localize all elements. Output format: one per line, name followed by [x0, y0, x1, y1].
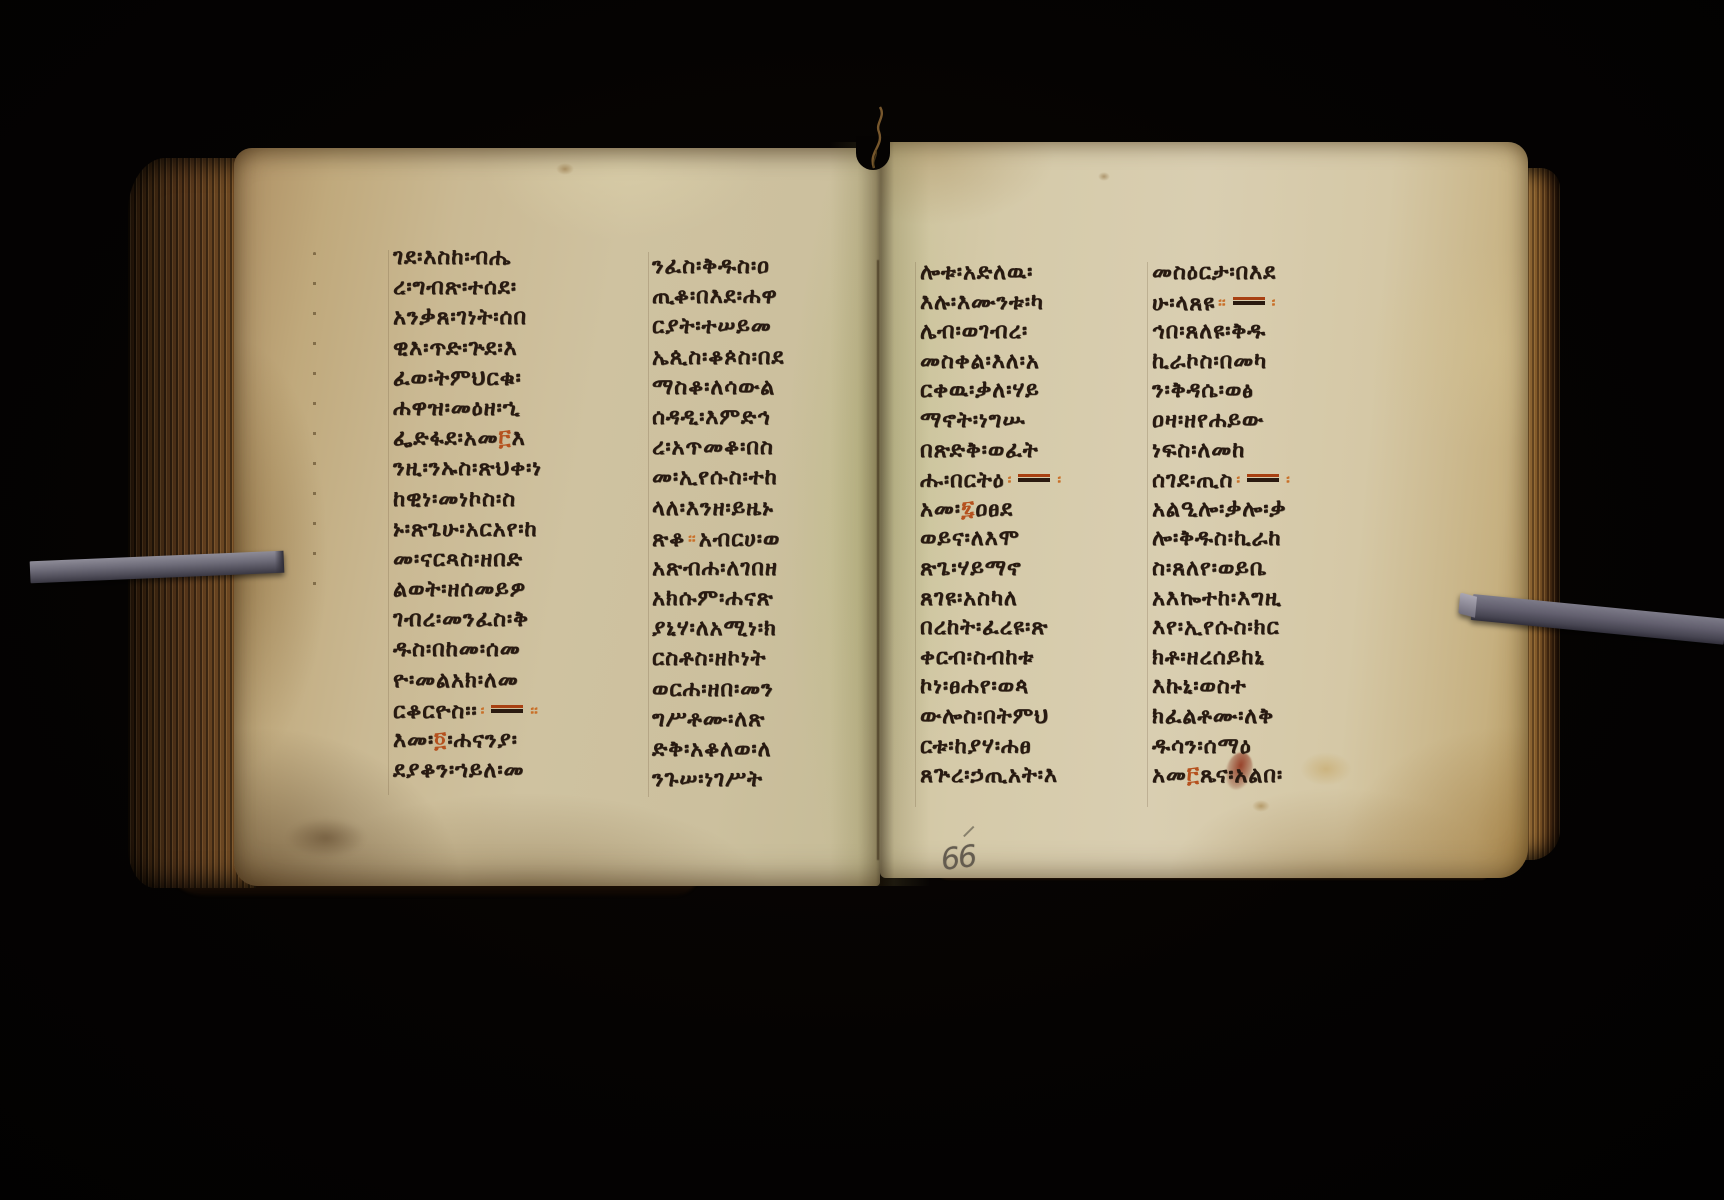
manuscript-text-line: በረከት፡ፈረዩ፡ጽ	[920, 613, 1064, 643]
manuscript-text-line: ኪራኮስ፡በመካ	[1152, 347, 1293, 377]
ink-text: ክቶ፡ዘረሰይከኒ	[1152, 645, 1265, 670]
manuscript-text-line: ሎ፡ቅዱስ፡ኪራከ	[1152, 524, 1293, 554]
red-dot-punctuation: ፡	[1236, 470, 1240, 489]
ink-text: አክሱም፡ሐናጽ	[652, 586, 774, 611]
manuscript-text-line: ላለ፡እንዘ፡ይዜኑ	[652, 494, 784, 524]
text-column-2: ንፈስ፡ቅዱስ፡ዐጢቆ፡በእደ፡ሐዋርያት፡ተሠይመኤጲስ፡ቆጶስ፡በደማስቆ፡…	[652, 252, 784, 795]
ink-text: አመ፡	[920, 497, 961, 522]
manuscript-text-line: መስቀል፡እለ፡አ	[920, 347, 1064, 377]
ink-text: ሎ፡ቅዱስ፡ኪራከ	[1152, 526, 1281, 551]
manuscript-text-line: ልወት፡ዘሰመይዎ	[393, 575, 542, 605]
section-divider-mark	[1018, 473, 1050, 484]
manuscript-text-line: ክፈልቶሙ፡ለቅ	[1152, 702, 1293, 732]
manuscript-text-line: ማስቆ፡ለሳውል	[652, 373, 784, 403]
ink-text: ጽቆ	[652, 527, 685, 552]
ink-text: ፌድፋደ፡አመ	[393, 426, 498, 451]
red-dot-punctuation: ፡፡	[688, 529, 696, 548]
ink-text: ኮነ፡ፀሐየ፡ወጳ	[920, 674, 1029, 699]
manuscript-text-line: ቀርብ፡ስብከቱ	[920, 643, 1064, 673]
ink-text: ኅበ፡ጸለዩ፡ቅዱ	[1152, 319, 1266, 344]
manuscript-text-line: ስ፡ጸለየ፡ወይቤ	[1152, 554, 1293, 584]
manuscript-text-line: ጽጌ፡ሃይማኖ	[920, 554, 1064, 584]
manuscript-text-line: ሰዳዲ፡እምድኅ	[652, 403, 784, 433]
manuscript-text-line: ኑ፡ጽጌሁ፡አርአየ፡ከ	[393, 515, 542, 545]
manuscript-text-line: ርቀዉ፡ቃለ፡ሃይ	[920, 376, 1064, 406]
ink-text: ያኒሃ፡ለአሚነ፡ክ	[652, 616, 777, 641]
ink-text: ጼና፡አልበ፡	[1200, 763, 1283, 788]
ink-text: እሉ፡እሙንቱ፡ካ	[920, 290, 1044, 315]
manuscript-text-line: እሉ፡እሙንቱ፡ካ	[920, 288, 1064, 318]
ink-text: ላለ፡እንዘ፡ይዜኑ	[652, 496, 774, 521]
ink-text: ቀርብ፡ስብከቱ	[920, 645, 1034, 670]
manuscript-text-line: መስዕርታ፡በእደ	[1152, 258, 1293, 288]
ink-text: መ፡ናርጻስ፡ዘበድ	[393, 547, 523, 572]
ink-text: ዐዛ፡ዘየሐይው	[1152, 408, 1264, 433]
manuscript-text-line: ርያት፡ተሠይመ	[652, 312, 784, 342]
ink-text: ንፈስ፡ቅዱስ፡ዐ	[652, 254, 770, 279]
ink-text: ግሥቶሙ፡ለጽ	[652, 707, 765, 732]
manuscript-text-line: ሁ፡ላጸዩ፡፡፡	[1152, 288, 1293, 318]
pricking-holes	[313, 252, 316, 608]
ink-text: ፡ሐናንያ፡	[447, 728, 518, 753]
manuscript-text-line: ከዊነ፡መነኮስ፡ስ	[393, 485, 542, 515]
manuscript-text-line: እኩኒ፡ወስተ	[1152, 672, 1293, 702]
manuscript-text-line: ጸጕረ፡ኃጢአት፡እ	[920, 761, 1064, 791]
ink-text: ሎቱ፡አድለዉ፡	[920, 260, 1033, 285]
ink-text: ርቆርዮስ፡፡	[393, 699, 478, 724]
ink-text: ልወት፡ዘሰመይዎ	[393, 577, 526, 602]
manuscript-text-line: መ፡ናርጻስ፡ዘበድ	[393, 545, 542, 575]
ink-text: ሰዳዲ፡እምድኅ	[652, 405, 771, 430]
rubric-numeral: ፬	[434, 728, 447, 753]
manuscript-text-line: ማኖት፡ነግሡ	[920, 406, 1064, 436]
parchment-stain	[1098, 172, 1110, 181]
ink-text: ማስቆ፡ለሳውል	[652, 375, 775, 400]
manuscript-text-line: ጢቆ፡በእደ፡ሐዋ	[652, 282, 784, 312]
section-divider-mark	[491, 704, 523, 715]
ink-text: እኩኒ፡ወስተ	[1152, 674, 1247, 699]
ink-text: ረ፡ግብጽ፡ተሰደ፡	[393, 275, 517, 300]
ink-text: ንዚ፡ንኡስ፡ጽህቀ፡ነ	[393, 456, 542, 481]
manuscript-text-line: ገብረ፡መንፈስ፡ቅ	[393, 605, 542, 635]
ink-text: ሁ፡ላጸዩ	[1152, 291, 1215, 316]
ink-text: አእኰተከ፡እግዚ	[1152, 586, 1282, 611]
ink-text: ጸጕረ፡ኃጢአት፡እ	[920, 763, 1058, 788]
ink-text: ዐፀደ	[975, 497, 1013, 522]
ink-text: እ	[512, 426, 526, 451]
ink-text: ኤጲስ፡ቆጶስ፡በደ	[652, 345, 784, 370]
ruling-line	[915, 262, 916, 807]
manuscript-text-line: አእኰተከ፡እግዚ	[1152, 584, 1293, 614]
ink-text: ዱስ፡በከመ፡ሰመ	[393, 637, 521, 662]
section-divider-mark	[1233, 296, 1265, 307]
manuscript-text-line: ሌብ፡ወገብረ፡	[920, 317, 1064, 347]
manuscript-text-line: አመ፫ጼና፡አልበ፡	[1152, 761, 1293, 791]
ink-text: ንጉሠ፡ነገሥት	[652, 767, 763, 792]
text-column-4: መስዕርታ፡በእደሁ፡ላጸዩ፡፡፡ኅበ፡ጸለዩ፡ቅዱኪራኮስ፡በመካን፡ቅዳሴ፡…	[1152, 258, 1293, 791]
manuscript-text-line: ፈወ፡ትምህርቁ፡	[393, 364, 542, 394]
parchment-stain	[1252, 800, 1270, 812]
ink-text: ጽጌ፡ሃይማኖ	[920, 556, 1022, 581]
manuscript-text-line: ፌድፋደ፡አመ፫እ	[393, 424, 542, 454]
ink-text: ጸገዩ፡አስካለ	[920, 586, 1018, 611]
ink-text: ደያቆን፡ኀይለ፡መ	[393, 758, 524, 783]
red-dot-punctuation: ፡	[1057, 470, 1061, 489]
ink-text: ድቅ፡አቆለወ፡ለ	[652, 737, 771, 762]
ink-text: ክፈልቶሙ፡ለቅ	[1152, 704, 1274, 729]
ink-text: አጽብሐ፡ለገበዘ	[652, 556, 778, 581]
ink-text: አመ	[1152, 763, 1187, 788]
ink-text: እየ፡ኢየሱስ፡ክር	[1152, 615, 1280, 640]
manuscript-text-line: ርቱ፡ከያሃ፡ሐፀ	[920, 732, 1064, 762]
ink-text: ማኖት፡ነግሡ	[920, 408, 1026, 433]
ink-text: መ፡ኢየሱስ፡ተከ	[652, 465, 778, 490]
manuscript-text-line: ድቅ፡አቆለወ፡ለ	[652, 735, 784, 765]
ink-text: ዊእ፡ጥድ፡ጕደ፡እ	[393, 336, 518, 361]
manuscript-text-line: አመ፡፯ዐፀደ	[920, 495, 1064, 525]
manuscript-text-line: ንዚ፡ንኡስ፡ጽህቀ፡ነ	[393, 454, 542, 484]
ink-text: ስ፡ጸለየ፡ወይቤ	[1152, 556, 1267, 581]
manuscript-text-line: አንቃጸ፡ገነት፡ሰበ	[393, 303, 542, 333]
text-column-3: ሎቱ፡አድለዉ፡እሉ፡እሙንቱ፡ካሌብ፡ወገብረ፡መስቀል፡እለ፡አርቀዉ፡ቃለ…	[920, 258, 1064, 791]
manuscript-text-line: ክቶ፡ዘረሰይከኒ	[1152, 643, 1293, 673]
manuscript-text-line: ኅበ፡ጸለዩ፡ቅዱ	[1152, 317, 1293, 347]
manuscript-text-line: አጽብሐ፡ለገበዘ	[652, 554, 784, 584]
ink-text: ወርሐ፡ዘበ፡መን	[652, 677, 774, 702]
manuscript-text-line: ገደ፡እስከ፡ብሔ	[393, 243, 542, 273]
spine-crease	[877, 260, 879, 860]
manuscript-text-line: ያኒሃ፡ለአሚነ፡ክ	[652, 614, 784, 644]
ink-text: መስዕርታ፡በእደ	[1152, 260, 1276, 285]
manuscript-text-line: ሑ፡በርትዕ፡፡	[920, 465, 1064, 495]
rubric-numeral: ፯	[961, 497, 975, 522]
ink-text: አልዒሎ፡ቃሎ፡ቃ	[1152, 497, 1287, 522]
ink-text: ርቀዉ፡ቃለ፡ሃይ	[920, 378, 1040, 403]
ink-text: እመ፡	[393, 728, 434, 753]
manuscript-text-line: ሎቱ፡አድለዉ፡	[920, 258, 1064, 288]
ink-text: ሑ፡በርትዕ	[920, 468, 1005, 493]
ink-text: ወይና፡ለእሞ	[920, 526, 1020, 551]
red-dot-punctuation: ፡፡	[530, 701, 538, 720]
red-dot-punctuation: ፡	[481, 701, 485, 720]
manuscript-text-line: መ፡ኢየሱስ፡ተከ	[652, 463, 784, 493]
ink-text: ገደ፡እስከ፡ብሔ	[393, 245, 511, 270]
ink-text: ውሎስ፡በትምህ	[920, 704, 1049, 729]
parchment-stain	[286, 818, 366, 858]
manuscript-text-line: ዱሳን፡ሰማዕ	[1152, 732, 1293, 762]
manuscript-text-line: ርቆርዮስ፡፡፡፡፡	[393, 696, 542, 726]
manuscript-text-line: ዱስ፡በከመ፡ሰመ	[393, 635, 542, 665]
manuscript-text-line: ን፡ቅዳሴ፡ወፅ	[1152, 376, 1293, 406]
ruling-line	[648, 252, 649, 797]
ruling-line	[388, 250, 389, 795]
manuscript-text-line: በጽድቅ፡ወፈት	[920, 436, 1064, 466]
manuscript-text-line: እመ፡፬፡ሐናንያ፡	[393, 726, 542, 756]
ink-text: አብርሀ፡ወ	[699, 527, 781, 552]
ink-text: ገብረ፡መንፈስ፡ቅ	[393, 607, 529, 632]
ink-text: አንቃጸ፡ገነት፡ሰበ	[393, 305, 527, 330]
manuscript-text-line: አልዒሎ፡ቃሎ፡ቃ	[1152, 495, 1293, 525]
manuscript-text-line: ርስቶስ፡ዘኮነት	[652, 644, 784, 674]
manuscript-text-line: ረ፡ግብጽ፡ተሰደ፡	[393, 273, 542, 303]
manuscript-text-line: ጽቆ፡፡አብርሀ፡ወ	[652, 524, 784, 554]
ink-text: ኑ፡ጽጌሁ፡አርአየ፡ከ	[393, 517, 538, 542]
ink-text: ን፡ቅዳሴ፡ወፅ	[1152, 378, 1254, 403]
ink-text: ዮ፡መልአክ፡ለመ	[393, 668, 519, 693]
manuscript-text-line: ኤጲስ፡ቆጶስ፡በደ	[652, 343, 784, 373]
manuscript-text-line: ዐዛ፡ዘየሐይው	[1152, 406, 1293, 436]
folio-number-pencil: 66	[939, 839, 977, 878]
manuscript-text-line: ኮነ፡ፀሐየ፡ወጳ	[920, 672, 1064, 702]
manuscript-text-line: ወርሐ፡ዘበ፡መን	[652, 675, 784, 705]
ink-text: ርቱ፡ከያሃ፡ሐፀ	[920, 734, 1032, 759]
manuscript-text-line: ወይና፡ለእሞ	[920, 524, 1064, 554]
manuscript-text-line: ንጉሠ፡ነገሥት	[652, 765, 784, 795]
section-divider-mark	[1247, 473, 1279, 484]
ink-text: በጽድቅ፡ወፈት	[920, 438, 1039, 463]
manuscript-text-line: ሐዋዝ፡መዕዘ፡ኂ	[393, 394, 542, 424]
ink-text: ሐዋዝ፡መዕዘ፡ኂ	[393, 396, 520, 421]
ink-text: ሰገደ፡ጢስ	[1152, 468, 1233, 493]
manuscript-text-line: ግሥቶሙ፡ለጽ	[652, 705, 784, 735]
ink-text: ሌብ፡ወገብረ፡	[920, 319, 1028, 344]
ink-text: ጢቆ፡በእደ፡ሐዋ	[652, 284, 778, 309]
ink-text: ኪራኮስ፡በመካ	[1152, 349, 1267, 374]
manuscript-text-line: ሰገደ፡ጢስ፡፡	[1152, 465, 1293, 495]
ink-text: ፈወ፡ትምህርቁ፡	[393, 366, 522, 391]
manuscript-text-line: ነፍስ፡ለመከ	[1152, 436, 1293, 466]
ink-text: በረከት፡ፈረዩ፡ጽ	[920, 615, 1048, 640]
red-dot-punctuation: ፡	[1272, 293, 1276, 312]
manuscript-text-line: ረ፡አጥመቆ፡በስ	[652, 433, 784, 463]
ink-text: መስቀል፡እለ፡አ	[920, 349, 1040, 374]
parchment-stain	[556, 163, 574, 175]
ink-text: ርስቶስ፡ዘኮነት	[652, 646, 766, 671]
manuscript-text-line: ጸገዩ፡አስካለ	[920, 584, 1064, 614]
rubric-numeral: ፫	[1187, 763, 1200, 788]
manuscript-text-line: አክሱም፡ሐናጽ	[652, 584, 784, 614]
manuscript-text-line: ዮ፡መልአክ፡ለመ	[393, 666, 542, 696]
rubric-numeral: ፫	[498, 426, 511, 451]
parchment-stain	[1300, 752, 1352, 786]
binding-thread	[862, 104, 902, 170]
red-dot-punctuation: ፡	[1286, 470, 1290, 489]
ink-text: ርያት፡ተሠይመ	[652, 314, 772, 339]
ink-text: ረ፡አጥመቆ፡በስ	[652, 435, 774, 460]
ruling-line	[1147, 262, 1148, 807]
manuscript-text-line: ውሎስ፡በትምህ	[920, 702, 1064, 732]
text-column-1: ገደ፡እስከ፡ብሔረ፡ግብጽ፡ተሰደ፡አንቃጸ፡ገነት፡ሰበዊእ፡ጥድ፡ጕደ፡እ…	[393, 243, 542, 786]
manuscript-text-line: ንፈስ፡ቅዱስ፡ዐ	[652, 252, 784, 282]
ink-text: ነፍስ፡ለመከ	[1152, 438, 1245, 463]
red-dot-punctuation: ፡፡	[1218, 293, 1226, 312]
ink-text: ዱሳን፡ሰማዕ	[1152, 734, 1252, 759]
manuscript-text-line: ደያቆን፡ኀይለ፡መ	[393, 756, 542, 786]
ink-text: ከዊነ፡መነኮስ፡ስ	[393, 487, 516, 512]
manuscript-text-line: እየ፡ኢየሱስ፡ክር	[1152, 613, 1293, 643]
red-dot-punctuation: ፡	[1008, 470, 1012, 489]
manuscript-text-line: ዊእ፡ጥድ፡ጕደ፡እ	[393, 334, 542, 364]
photo-backdrop: ገደ፡እስከ፡ብሔረ፡ግብጽ፡ተሰደ፡አንቃጸ፡ገነት፡ሰበዊእ፡ጥድ፡ጕደ፡እ…	[0, 0, 1724, 1200]
